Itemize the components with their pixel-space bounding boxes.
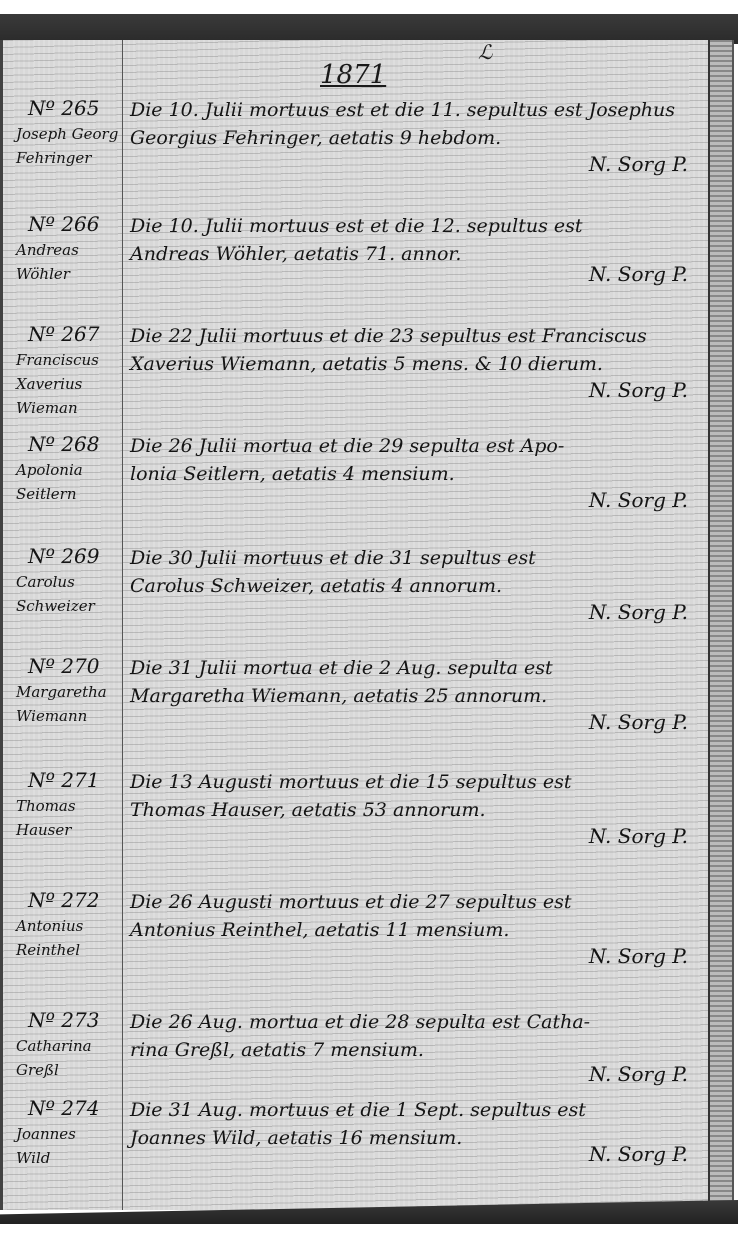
entry-line-1: Die 26 Julii mortua et die 29 sepulta es…: [130, 432, 700, 460]
priest-signature: N. Sorg P.: [589, 1142, 688, 1166]
priest-signature: N. Sorg P.: [589, 262, 688, 286]
entry-line-2: Georgius Fehringer, aetatis 9 hebdom.: [130, 124, 700, 152]
entry-text: Die 30 Julii mortuus et die 31 sepultus …: [130, 544, 700, 600]
entry-number: Nº 272: [28, 888, 99, 912]
entry-line-2: Thomas Hauser, aetatis 53 annorum.: [130, 796, 700, 824]
entry-number: Nº 271: [28, 768, 99, 792]
entry-text: Die 22 Julii mortuus et die 23 sepultus …: [130, 322, 700, 378]
entry-margin-name: CarolusSchweizer: [16, 570, 120, 618]
margin-name-line: Antonius: [16, 914, 120, 938]
entry-text: Die 10. Julii mortuus est et die 12. sep…: [130, 212, 700, 268]
right-ruled-border: [708, 40, 734, 1210]
priest-signature: N. Sorg P.: [589, 944, 688, 968]
margin-name-line: Joannes: [16, 1122, 120, 1146]
entry-line-1: Die 31 Julii mortua et die 2 Aug. sepult…: [130, 654, 700, 682]
entry-margin-name: AntoniusReinthel: [16, 914, 120, 962]
entry-text: Die 31 Julii mortua et die 2 Aug. sepult…: [130, 654, 700, 710]
entry-margin-name: AndreasWöhler: [16, 238, 120, 286]
margin-name-line: Wieman: [16, 396, 120, 420]
margin-name-line: Wöhler: [16, 262, 120, 286]
entry-line-1: Die 13 Augusti mortuus et die 15 sepultu…: [130, 768, 700, 796]
margin-name-line: Thomas: [16, 794, 120, 818]
entry-text: Die 26 Augusti mortuus et die 27 sepultu…: [130, 888, 700, 944]
entry-margin-name: ApoloniaSeitlern: [16, 458, 120, 506]
entry-margin-name: ThomasHauser: [16, 794, 120, 842]
entry-text: Die 26 Aug. mortua et die 28 sepulta est…: [130, 1008, 700, 1064]
entry-line-1: Die 10. Julii mortuus est et die 11. sep…: [130, 96, 700, 124]
entry-line-1: Die 22 Julii mortuus et die 23 sepultus …: [130, 322, 700, 350]
entry-number: Nº 274: [28, 1096, 99, 1120]
margin-name-line: Reinthel: [16, 938, 120, 962]
margin-name-line: Carolus: [16, 570, 120, 594]
margin-name-line: Schweizer: [16, 594, 120, 618]
margin-name-line: Andreas: [16, 238, 120, 262]
margin-name-line: Seitlern: [16, 482, 120, 506]
entry-number: Nº 269: [28, 544, 99, 568]
entry-line-2: lonia Seitlern, aetatis 4 mensium.: [130, 460, 700, 488]
entry-line-1: Die 30 Julii mortuus et die 31 sepultus …: [130, 544, 700, 572]
margin-name-line: Catharina: [16, 1034, 120, 1058]
entry-margin-name: JoannesWild: [16, 1122, 120, 1170]
margin-name-line: Hauser: [16, 818, 120, 842]
margin-column-rule: [122, 40, 123, 1210]
margin-name-line: Wild: [16, 1146, 120, 1170]
entry-line-2: Carolus Schweizer, aetatis 4 annorum.: [130, 572, 700, 600]
entry-text: Die 13 Augusti mortuus et die 15 sepultu…: [130, 768, 700, 824]
entry-margin-name: MargarethaWiemann: [16, 680, 120, 728]
entry-line-2: Antonius Reinthel, aetatis 11 mensium.: [130, 916, 700, 944]
priest-signature: N. Sorg P.: [589, 378, 688, 402]
entry-number: Nº 273: [28, 1008, 99, 1032]
entry-line-1: Die 26 Augusti mortuus et die 27 sepultu…: [130, 888, 700, 916]
entry-number: Nº 270: [28, 654, 99, 678]
priest-signature: N. Sorg P.: [589, 152, 688, 176]
entry-line-2: rina Greßl, aetatis 7 mensium.: [130, 1036, 700, 1064]
entry-line-1: Die 10. Julii mortuus est et die 12. sep…: [130, 212, 700, 240]
entry-number: Nº 265: [28, 96, 99, 120]
entry-text: Die 26 Julii mortua et die 29 sepulta es…: [130, 432, 700, 488]
margin-name-line: Greßl: [16, 1058, 120, 1082]
priest-signature: N. Sorg P.: [589, 824, 688, 848]
priest-signature: N. Sorg P.: [589, 710, 688, 734]
margin-name-line: Wiemann: [16, 704, 120, 728]
entry-number: Nº 267: [28, 322, 99, 346]
page-mark: ℒ: [478, 40, 492, 64]
priest-signature: N. Sorg P.: [589, 600, 688, 624]
margin-name-line: Margaretha: [16, 680, 120, 704]
entry-number: Nº 268: [28, 432, 99, 456]
entry-line-2: Margaretha Wiemann, aetatis 25 annorum.: [130, 682, 700, 710]
margin-name-line: Xaverius: [16, 372, 120, 396]
entry-line-1: Die 31 Aug. mortuus et die 1 Sept. sepul…: [130, 1096, 700, 1124]
entry-margin-name: Joseph GeorgFehringer: [16, 122, 120, 170]
priest-signature: N. Sorg P.: [589, 1062, 688, 1086]
margin-name-line: Fehringer: [16, 146, 120, 170]
margin-name-line: Franciscus: [16, 348, 120, 372]
entry-line-1: Die 26 Aug. mortua et die 28 sepulta est…: [130, 1008, 700, 1036]
priest-signature: N. Sorg P.: [589, 488, 688, 512]
entry-margin-name: FranciscusXaveriusWieman: [16, 348, 120, 420]
entry-margin-name: CatharinaGreßl: [16, 1034, 120, 1082]
entry-number: Nº 266: [28, 212, 99, 236]
entry-text: Die 10. Julii mortuus est et die 11. sep…: [130, 96, 700, 152]
page-year: 1871: [320, 60, 386, 90]
margin-name-line: Apolonia: [16, 458, 120, 482]
margin-name-line: Joseph Georg: [16, 122, 120, 146]
entry-line-2: Xaverius Wiemann, aetatis 5 mens. & 10 d…: [130, 350, 700, 378]
